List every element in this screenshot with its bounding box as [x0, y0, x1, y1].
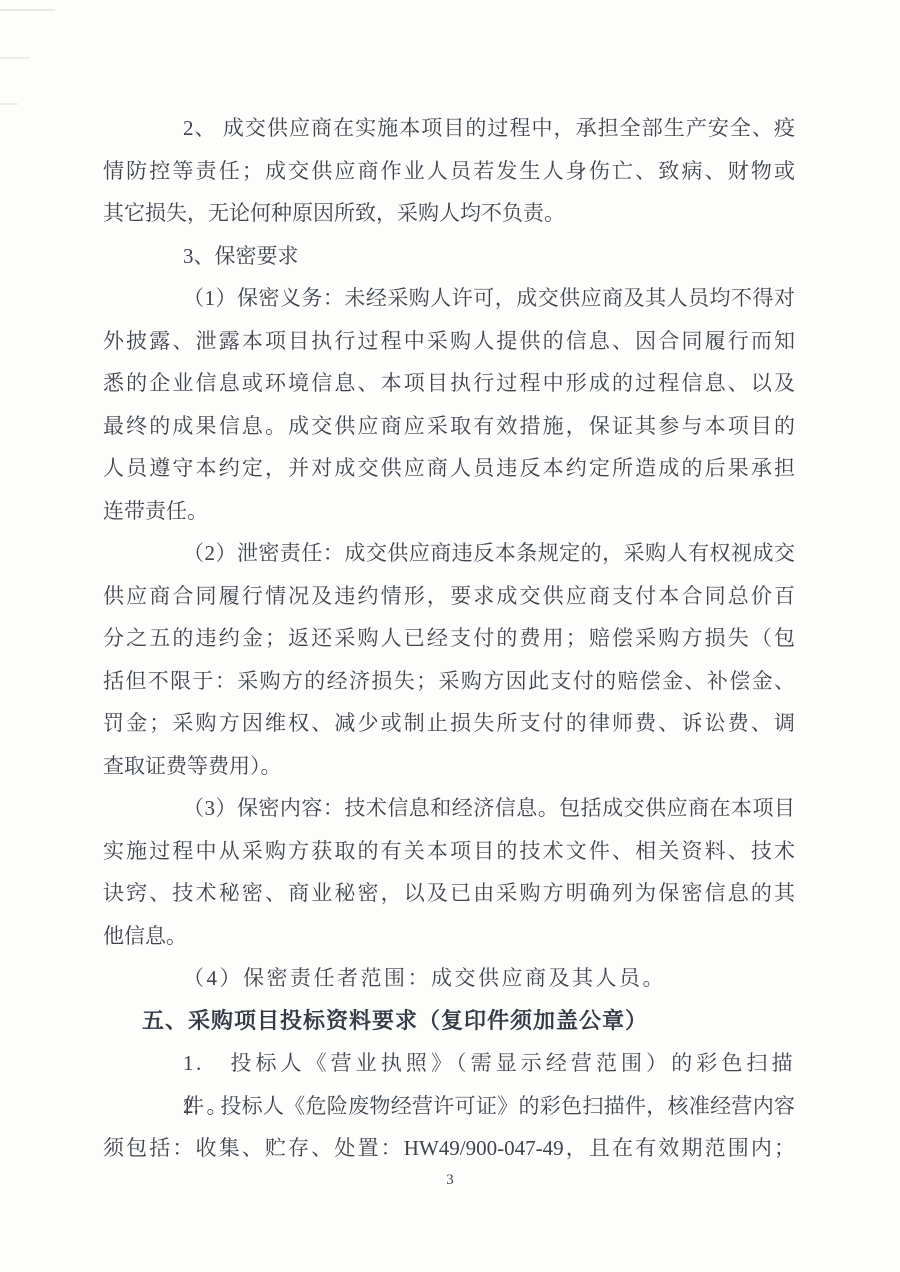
document-page: 2、 成交供应商在实施本项目的过程中，承担全部生产安全、疫情防控等责任；成交供应… — [0, 0, 900, 1272]
text-line: 情防控等责任；成交供应商作业人员若发生人身伤亡、致病、财物或 — [103, 150, 795, 193]
scan-artifact — [0, 103, 18, 105]
document-text-block: 2、 成交供应商在实施本项目的过程中，承担全部生产安全、疫情防控等责任；成交供应… — [103, 107, 795, 1170]
text-line: （3）保密内容：技术信息和经济信息。包括成交供应商在本项目 — [103, 787, 795, 830]
text-line: （1）保密义务：未经采购人许可，成交供应商及其人员均不得对 — [103, 277, 795, 320]
text-line: 连带责任。 — [103, 490, 795, 533]
text-line: 外披露、泄露本项目执行过程中采购人提供的信息、因合同履行而知 — [103, 320, 795, 363]
text-line: 诀窍、技术秘密、商业秘密，以及已由采购方明确列为保密信息的其 — [103, 872, 795, 915]
section-heading: 五、采购项目投标资料要求（复印件须加盖公章） — [103, 1000, 795, 1043]
text-line: 须包括：收集、贮存、处置：HW49/900-047-49，且在有效期范围内； — [103, 1127, 795, 1170]
text-line: （4）保密责任者范围：成交供应商及其人员。 — [103, 957, 795, 1000]
text-line: （2）泄密责任：成交供应商违反本条规定的，采购人有权视成交 — [103, 532, 795, 575]
text-line: 其它损失，无论何种原因所致，采购人均不负责。 — [103, 192, 795, 235]
text-line: 最终的成果信息。成交供应商应采取有效措施，保证其参与本项目的 — [103, 405, 795, 448]
text-line: 供应商合同履行情况及违约情形，要求成交供应商支付本合同总价百 — [103, 575, 795, 618]
text-line: 查取证费等费用）。 — [103, 745, 795, 788]
scan-artifact — [0, 57, 30, 59]
text-line: 2. 投标人《危险废物经营许可证》的彩色扫描件，核准经营内容 — [103, 1085, 795, 1128]
text-line: 分之五的违约金；返还采购人已经支付的费用；赔偿采购方损失（包 — [103, 617, 795, 660]
text-line: 罚金；采购方因维权、减少或制止损失所支付的律师费、诉讼费、调 — [103, 702, 795, 745]
text-line: 3、保密要求 — [103, 235, 795, 278]
page-number: 3 — [0, 1168, 900, 1192]
scan-artifact — [0, 9, 55, 11]
text-line: 悉的企业信息或环境信息、本项目执行过程中形成的过程信息、以及 — [103, 362, 795, 405]
text-line: 1. 投标人《营业执照》（需显示经营范围）的彩色扫描件。 — [103, 1042, 795, 1085]
text-line: 实施过程中从采购方获取的有关本项目的技术文件、相关资料、技术 — [103, 830, 795, 873]
text-line: 人员遵守本约定，并对成交供应商人员违反本约定所造成的后果承担 — [103, 447, 795, 490]
text-line: 他信息。 — [103, 915, 795, 958]
text-line: 括但不限于：采购方的经济损失；采购方因此支付的赔偿金、补偿金、 — [103, 660, 795, 703]
text-line: 2、 成交供应商在实施本项目的过程中，承担全部生产安全、疫 — [103, 107, 795, 150]
